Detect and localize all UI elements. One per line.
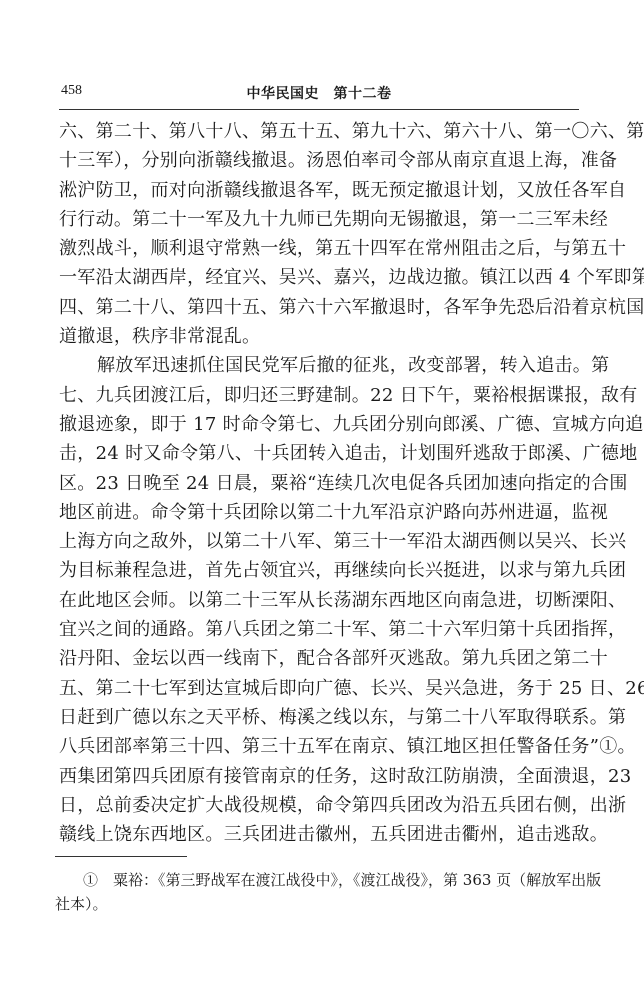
text-line: 击，24 时又命令第八、十兵团转入追击，计划围歼逃敌于郎溪、广德地: [59, 439, 581, 468]
text-line: 在此地区会师。以第二十三军从长荡湖东西地区向南急进，切断溧阳、: [59, 586, 581, 615]
text-line: 行行动。第二十一军及九十九师已先期向无锡撤退，第一二三军未经: [59, 205, 581, 234]
footnotes: ① 粟裕：《第三野战军在渡江战役中》，《渡江战役》，第 363 页（解放军出版 …: [55, 868, 585, 916]
header-rule: [59, 109, 579, 110]
text-line: 宜兴之间的通路。第八兵团之第二十军、第二十六军归第十兵团指挥，: [59, 615, 581, 644]
text-line: 激烈战斗，顺利退守常熟一线，第五十四军在常州阻击之后，与第五十: [59, 234, 581, 263]
text-line: 六、第二十、第八十八、第五十五、第九十六、第六十八、第一〇六、第七: [59, 117, 581, 146]
text-line: 地区前进。命令第十兵团除以第二十九军沿京沪路向苏州进逼，监视: [59, 498, 581, 527]
footnote-rule: [55, 856, 187, 857]
page-header: 458 中华民国史 第十二卷: [59, 83, 579, 107]
text-line: 七、九兵团渡江后，即归还三野建制。22 日下午，粟裕根据谍报，敌有: [59, 381, 581, 410]
text-line: 淞沪防卫，而对向浙赣线撤退各军，既无预定撤退计划，又放任各军自: [59, 176, 581, 205]
footnote-line: 社本）。: [55, 892, 585, 916]
text-line: 日，总前委决定扩大战役规模，命令第四兵团改为沿五兵团右侧，出浙: [59, 791, 581, 820]
text-line: 道撤退，秩序非常混乱。: [59, 322, 581, 351]
running-title: 中华民国史 第十二卷: [59, 83, 579, 103]
text-line: 西集团第四兵团原有接管南京的任务，这时敌江防崩溃，全面溃退，23: [59, 762, 581, 791]
paragraph-start-line: 解放军迅速抓住国民党军后撤的征兆，改变部署，转入追击。第: [59, 351, 581, 380]
text-line: 日赶到广德以东之天平桥、梅溪之线以东，与第二十八军取得联系。第: [59, 703, 581, 732]
text-line: 一军沿太湖西岸，经宜兴、吴兴、嘉兴，边战边撤。镇江以西 4 个军即第: [59, 263, 581, 292]
body-text: 六、第二十、第八十八、第五十五、第九十六、第六十八、第一〇六、第七 十三军），分…: [59, 117, 581, 849]
text-line: 区。23 日晚至 24 日晨，粟裕“连续几次电促各兵团加速向指定的合围: [59, 469, 581, 498]
text-line: 五、第二十七军到达宣城后即向广德、长兴、吴兴急进，务于 25 日、26: [59, 674, 581, 703]
text-line: 上海方向之敌外，以第二十八军、第三十一军沿太湖西侧以吴兴、长兴: [59, 527, 581, 556]
text-line: 撤退迹象，即于 17 时命令第七、九兵团分别向郎溪、广德、宣城方向追: [59, 410, 581, 439]
text-line: 沿丹阳、金坛以西一线南下，配合各部歼灭逃敌。第九兵团之第二十: [59, 644, 581, 673]
text-line: 八兵团部率第三十四、第三十五军在南京、镇江地区担任警备任务”①。: [59, 732, 581, 761]
footnote-line: ① 粟裕：《第三野战军在渡江战役中》，《渡江战役》，第 363 页（解放军出版: [55, 868, 585, 892]
text-line: 四、第二十八、第四十五、第六十六军撤退时，各军争先恐后沿着京杭国: [59, 293, 581, 322]
text-line: 赣线上饶东西地区。三兵团进击徽州，五兵团进击衢州，追击逃敌。: [59, 820, 581, 849]
text-line: 为目标兼程急进，首先占领宜兴，再继续向长兴挺进，以求与第九兵团: [59, 556, 581, 585]
text-line: 十三军），分别向浙赣线撤退。汤恩伯率司令部从南京直退上海，准备: [59, 146, 581, 175]
